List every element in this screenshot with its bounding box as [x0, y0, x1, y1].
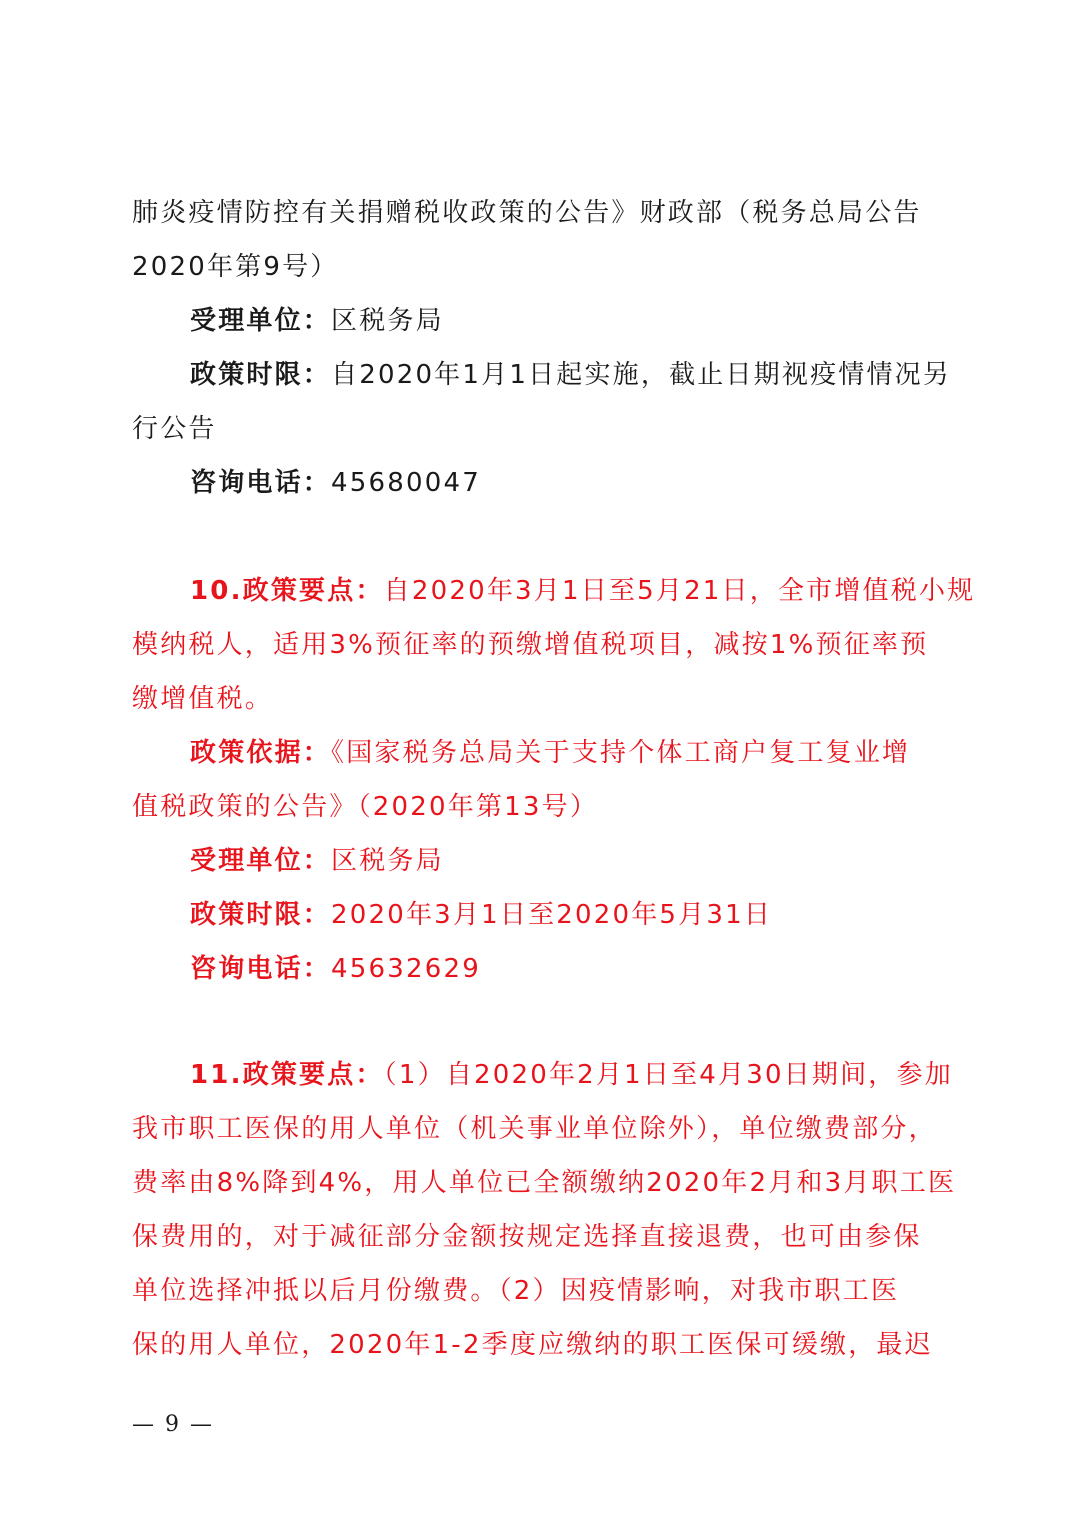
- policy-point-line: 模纳税人，适用3%预征率的预缴增值税项目，减按1%预征率预: [132, 628, 947, 662]
- policy-point-line: 缴增值税。: [132, 682, 947, 716]
- policy-basis-text: 《国家税务总局关于支持个体工商户复工复业增: [331, 738, 910, 768]
- policy-period-value: 2020年3月1日至2020年5月31日: [331, 900, 772, 930]
- handling-unit-value: 区税务局: [331, 306, 444, 336]
- policy-basis-label: 政策依据：: [190, 738, 331, 768]
- policy-point-label: 11.政策要点：: [190, 1060, 384, 1090]
- policy-point-text: 保的用人单位，2020年1-2季度应缴纳的职工医保可缓缴，最迟: [132, 1330, 933, 1360]
- policy-basis-line: 2020年第9号）: [132, 250, 947, 284]
- policy-basis-line: 值税政策的公告》（2020年第13号）: [132, 790, 947, 824]
- policy-period-value: 行公告: [132, 414, 217, 444]
- policy-period-label: 政策时限：: [190, 900, 331, 930]
- policy-point-text: 模纳税人，适用3%预征率的预缴增值税项目，减按1%预征率预: [132, 630, 928, 660]
- policy-point-line: 保的用人单位，2020年1-2季度应缴纳的职工医保可缓缴，最迟: [132, 1328, 947, 1362]
- policy-point-line: 我市职工医保的用人单位（机关事业单位除外），单位缴费部分，: [132, 1112, 947, 1146]
- phone-line: 咨询电话：45680047: [190, 466, 947, 500]
- policy-point-text: 费率由8%降到4%，用人单位已全额缴纳2020年2月和3月职工医: [132, 1168, 956, 1198]
- policy-period-line: 行公告: [132, 412, 947, 446]
- policy-basis-text: 值税政策的公告》（2020年第13号）: [132, 792, 598, 822]
- policy-basis-line: 政策依据：《国家税务总局关于支持个体工商户复工复业增: [190, 736, 947, 770]
- policy-point-text: 单位选择冲抵以后月份缴费。（2）因疫情影响，对我市职工医: [132, 1276, 899, 1306]
- handling-unit-line: 受理单位：区税务局: [190, 844, 947, 878]
- policy-point-line: 10.政策要点：自2020年3月1日至5月21日，全市增值税小规: [190, 574, 947, 608]
- policy-point-text: 自2020年3月1日至5月21日，全市增值税小规: [384, 576, 976, 606]
- policy-period-label: 政策时限：: [190, 360, 331, 390]
- policy-period-value: 自2020年1月1日起实施，截止日期视疫情情况另: [331, 360, 951, 390]
- policy-point-line: 费率由8%降到4%，用人单位已全额缴纳2020年2月和3月职工医: [132, 1166, 947, 1200]
- policy-point-label: 10.政策要点：: [190, 576, 384, 606]
- policy-point-text: 保费用的，对于减征部分金额按规定选择直接退费，也可由参保: [132, 1222, 922, 1252]
- policy-period-line: 政策时限：自2020年1月1日起实施，截止日期视疫情情况另: [190, 358, 947, 392]
- phone-line: 咨询电话：45632629: [190, 952, 947, 986]
- policy-period-line: 政策时限：2020年3月1日至2020年5月31日: [190, 898, 947, 932]
- document-page: 肺炎疫情防控有关捐赠税收政策的公告》财政部（税务总局公告 2020年第9号） 受…: [0, 0, 1075, 1520]
- policy-point-text: （1）自2020年2月1日至4月30日期间，参加: [384, 1060, 953, 1090]
- phone-value: 45680047: [331, 468, 481, 498]
- phone-label: 咨询电话：: [190, 954, 331, 984]
- policy-basis-text: 2020年第9号）: [132, 252, 339, 282]
- policy-point-line: 单位选择冲抵以后月份缴费。（2）因疫情影响，对我市职工医: [132, 1274, 947, 1308]
- policy-basis-line: 肺炎疫情防控有关捐赠税收政策的公告》财政部（税务总局公告: [132, 196, 947, 230]
- handling-unit-line: 受理单位：区税务局: [190, 304, 947, 338]
- policy-point-text: 我市职工医保的用人单位（机关事业单位除外），单位缴费部分，: [132, 1114, 937, 1144]
- phone-label: 咨询电话：: [190, 468, 331, 498]
- policy-basis-text: 肺炎疫情防控有关捐赠税收政策的公告》财政部（税务总局公告: [132, 198, 922, 228]
- policy-point-line: 11.政策要点：（1）自2020年2月1日至4月30日期间，参加: [190, 1058, 947, 1092]
- policy-point-line: 保费用的，对于减征部分金额按规定选择直接退费，也可由参保: [132, 1220, 947, 1254]
- phone-value: 45632629: [331, 954, 481, 984]
- handling-unit-label: 受理单位：: [190, 846, 331, 876]
- handling-unit-label: 受理单位：: [190, 306, 331, 336]
- handling-unit-value: 区税务局: [331, 846, 444, 876]
- policy-point-text: 缴增值税。: [132, 684, 273, 714]
- page-number: — 9 —: [132, 1412, 214, 1437]
